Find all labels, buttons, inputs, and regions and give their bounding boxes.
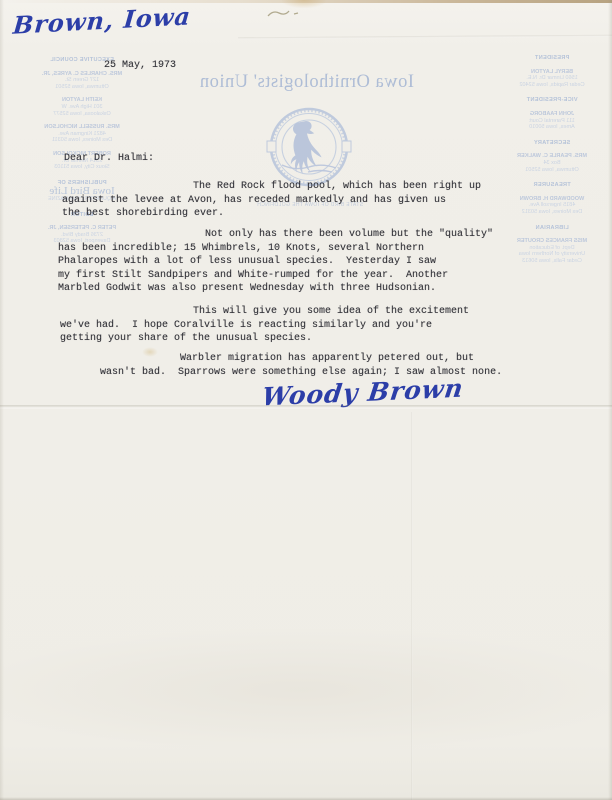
paragraph-2: Not only has there been volume but the "… — [58, 228, 493, 296]
goldfinch-bird-icon — [291, 121, 322, 174]
paragraph-1: The Red Rock flood pool, which has been … — [62, 180, 481, 221]
paper-stain — [142, 347, 158, 357]
showthrough-officers-column: PRESIDENT BERYL LAYTON 1560 Linmar Dr. N… — [496, 46, 608, 264]
letter-date: 25 May, 1973 — [104, 59, 176, 73]
typed-line: has been incredible; 15 Whimbrels, 10 Kn… — [58, 242, 493, 256]
organization-title: Iowa Ornithologists' Union — [200, 72, 414, 93]
paper-edge — [0, 0, 4, 800]
typed-line: Warbler migration has apparently petered… — [100, 352, 502, 366]
typed-line: we've had. I hope Coralville is reacting… — [60, 319, 469, 333]
typed-line: getting your share of the unusual specie… — [60, 332, 469, 346]
paper-edge — [0, 0, 612, 3]
typed-line: Phalaropes with a lot of less unusual sp… — [58, 255, 493, 269]
pencil-mark-icon — [266, 6, 308, 20]
typed-line: Marbled Godwit was also present Wednesda… — [58, 282, 493, 296]
typed-line: against the levee at Avon, has receded m… — [62, 194, 481, 208]
typed-line: the best shorebirding ever. — [62, 207, 481, 221]
letter-page: Iowa Ornithologists' Union STATE BIRD OF… — [0, 0, 612, 800]
goldfinch-seal-icon — [266, 104, 352, 190]
typed-line: This will give you some idea of the exci… — [60, 305, 469, 319]
typed-line: my first Stilt Sandpipers and White-rump… — [58, 269, 493, 283]
typed-line: The Red Rock flood pool, which has been … — [62, 180, 481, 194]
paragraph-3: This will give you some idea of the exci… — [60, 305, 469, 346]
typed-line: Not only has there been volume but the "… — [58, 228, 493, 242]
fold-crease — [0, 405, 612, 409]
paper-edge — [608, 0, 612, 800]
crease-vertical — [411, 412, 413, 800]
salutation: Dear Dr. Halmi: — [64, 152, 154, 166]
